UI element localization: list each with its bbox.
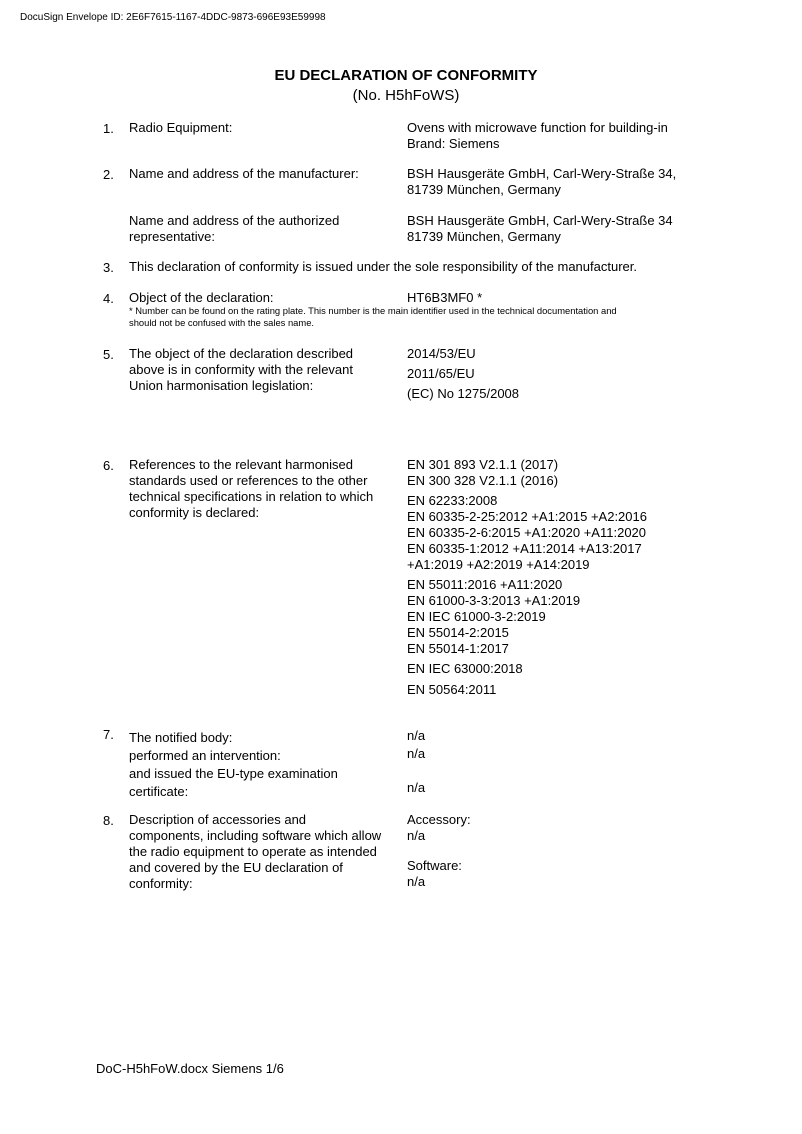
section-7-number: 7. (103, 727, 114, 742)
label-line: Description of accessories and (129, 812, 381, 828)
section-7-label: The notified body: performed an interven… (129, 729, 338, 801)
section-2-value: BSH Hausgeräte GmbH, Carl-Wery-Straße 34… (407, 166, 676, 198)
section-8-value: Accessory: n/a Software: n/a (407, 812, 471, 890)
value-line: Accessory: (407, 812, 471, 828)
value-line: n/a (407, 745, 425, 763)
label-line: Union harmonisation legislation: (129, 378, 353, 394)
label-line: standards used or references to the othe… (129, 473, 373, 489)
label-line: components, including software which all… (129, 828, 381, 844)
label-line: This declaration of conformity is issued… (129, 259, 637, 275)
section-4-label: Object of the declaration: (129, 290, 274, 306)
label-line: The object of the declaration described (129, 346, 353, 362)
label-line: conformity is declared: (129, 505, 373, 521)
section-4-number: 4. (103, 291, 114, 306)
section-2-number: 2. (103, 167, 114, 182)
document-title: EU DECLARATION OF CONFORMITY (0, 67, 802, 84)
section-6-label: References to the relevant harmonised st… (129, 457, 373, 521)
section-2-label: Name and address of the manufacturer: (129, 166, 359, 182)
standard-line: EN IEC 63000:2018 (407, 661, 647, 677)
standard-line: EN 55011:2016 +A11:2020 (407, 577, 647, 593)
section-5-value: 2014/53/EU 2011/65/EU (EC) No 1275/2008 (407, 346, 519, 402)
section-4-footnote: * Number can be found on the rating plat… (129, 305, 709, 329)
section-8-label: Description of accessories and component… (129, 812, 381, 892)
value-line: n/a (407, 727, 425, 745)
label-line: above is in conformity with the relevant (129, 362, 353, 378)
value-line: 2014/53/EU (407, 346, 519, 362)
label-line: technical specifications in relation to … (129, 489, 373, 505)
value-line: Software: (407, 858, 471, 874)
standard-line: EN 301 893 V2.1.1 (2017) (407, 457, 647, 473)
label-line: and issued the EU-type examination (129, 765, 338, 783)
label-line: References to the relevant harmonised (129, 457, 373, 473)
label-line: Name and address of the manufacturer: (129, 166, 359, 182)
value-line: n/a (407, 828, 471, 844)
section-1-label: Radio Equipment: (129, 120, 232, 136)
value-line: Brand: Siemens (407, 136, 668, 152)
value-line: HT6B3MF0 * (407, 290, 482, 306)
label-line: conformity: (129, 876, 381, 892)
section-5-label: The object of the declaration described … (129, 346, 353, 394)
standard-line: EN 60335-2-6:2015 +A1:2020 +A11:2020 (407, 525, 647, 541)
standard-line: EN 60335-1:2012 +A11:2014 +A13:2017 (407, 541, 647, 557)
value-line: n/a (407, 874, 471, 890)
section-2b-label: Name and address of the authorized repre… (129, 213, 339, 245)
label-line: Radio Equipment: (129, 120, 232, 136)
section-8-number: 8. (103, 813, 114, 828)
value-line: BSH Hausgeräte GmbH, Carl-Wery-Straße 34 (407, 213, 673, 229)
section-1-number: 1. (103, 121, 114, 136)
label-line: The notified body: (129, 729, 338, 747)
section-3-label: This declaration of conformity is issued… (129, 259, 637, 275)
value-line: 81739 München, Germany (407, 182, 676, 198)
page-footer: DoC-H5hFoW.docx Siemens 1/6 (96, 1061, 284, 1076)
label-line: certificate: (129, 783, 338, 801)
standard-line: +A1:2019 +A2:2019 +A14:2019 (407, 557, 647, 573)
section-6-number: 6. (103, 458, 114, 473)
value-line: BSH Hausgeräte GmbH, Carl-Wery-Straße 34… (407, 166, 676, 182)
standard-line: EN 55014-2:2015 (407, 625, 647, 641)
value-line: (EC) No 1275/2008 (407, 386, 519, 402)
value-line: 2011/65/EU (407, 366, 519, 382)
label-line: Name and address of the authorized (129, 213, 339, 229)
value-line: 81739 München, Germany (407, 229, 673, 245)
standard-line: EN 62233:2008 (407, 493, 647, 509)
section-6-value: EN 301 893 V2.1.1 (2017) EN 300 328 V2.1… (407, 457, 647, 698)
docusign-envelope-id: DocuSign Envelope ID: 2E6F7615-1167-4DDC… (20, 12, 326, 23)
label-line: the radio equipment to operate as intend… (129, 844, 381, 860)
section-3-number: 3. (103, 260, 114, 275)
section-4-value: HT6B3MF0 * (407, 290, 482, 306)
value-line: n/a (407, 779, 425, 797)
standard-line: EN 60335-2-25:2012 +A1:2015 +A2:2016 (407, 509, 647, 525)
label-line: representative: (129, 229, 339, 245)
section-2b-value: BSH Hausgeräte GmbH, Carl-Wery-Straße 34… (407, 213, 673, 245)
section-5-number: 5. (103, 347, 114, 362)
value-line: Ovens with microwave function for buildi… (407, 120, 668, 136)
label-line: and covered by the EU declaration of (129, 860, 381, 876)
standard-line: EN 50564:2011 (407, 682, 647, 698)
label-line: Object of the declaration: (129, 290, 274, 306)
document-number: (No. H5hFoWS) (0, 87, 802, 104)
section-1-value: Ovens with microwave function for buildi… (407, 120, 668, 152)
note-line: should not be confused with the sales na… (129, 317, 709, 329)
note-line: * Number can be found on the rating plat… (129, 305, 709, 317)
standard-line: EN 61000-3-3:2013 +A1:2019 (407, 593, 647, 609)
standard-line: EN 55014-1:2017 (407, 641, 647, 657)
standard-line: EN 300 328 V2.1.1 (2016) (407, 473, 647, 489)
standard-line: EN IEC 61000-3-2:2019 (407, 609, 647, 625)
section-7-value: n/a n/a n/a (407, 727, 425, 797)
label-line: performed an intervention: (129, 747, 338, 765)
